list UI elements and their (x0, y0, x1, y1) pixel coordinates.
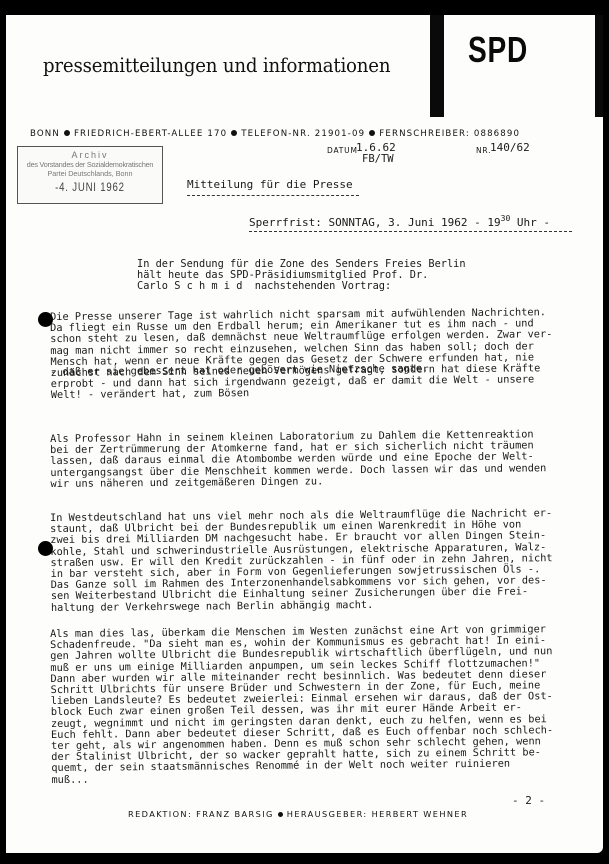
stamp-line-1: Archiv (18, 150, 162, 160)
footer-redaktion: REDAKTION: FRANZ BARSIG (128, 809, 274, 819)
initials: FB/TW (362, 153, 394, 165)
footer-herausgeber: HERAUSGEBER: HERBERT WEHNER (287, 809, 468, 819)
stamp-date: -4. JUNI 1962 (32, 180, 147, 194)
page-number: - 2 - (512, 794, 545, 807)
footer: REDAKTION: FRANZ BARSIGHERAUSGEBER: HERB… (128, 809, 468, 819)
address-street: FRIEDRICH-EBERT-ALLEE 170 (74, 129, 227, 139)
intro-paragraph: In der Sendung für die Zone des Senders … (137, 259, 466, 293)
archive-stamp: Archiv des Vorstandes der Sozialdemokrat… (17, 146, 163, 204)
sperrfrist-suffix: Uhr - (510, 216, 550, 229)
masthead-title: pressemitteilungen und informationen (43, 54, 390, 77)
stamp-line-3: Partei Deutschlands, Bonn (18, 169, 162, 178)
bullet-icon (278, 812, 283, 817)
datum-label: DATUM (327, 146, 358, 155)
address-line: BONNFRIEDRICH-EBERT-ALLEE 170TELEFON-NR.… (30, 129, 600, 139)
sperrfrist: Sperrfrist: SONNTAG, 3. Juni 1962 - 1930… (249, 214, 550, 229)
address-city: BONN (30, 129, 60, 139)
bullet-icon (64, 130, 70, 136)
stamp-line-2: des Vorstandes der Sozialdemokratischen (18, 160, 162, 169)
masthead-bar (430, 15, 444, 117)
sperrfrist-underline (249, 231, 572, 232)
punch-hole-icon (38, 312, 53, 327)
body-paragraph: Die Presse unserer Tage ist wahrlich nic… (50, 307, 603, 402)
punch-hole-icon (38, 541, 53, 556)
bullet-icon (369, 130, 375, 136)
body-paragraph: Als man dies las, überkam die Menschen i… (50, 624, 603, 786)
address-phone: TELEFON-NR. 21901-09 (241, 129, 365, 139)
press-release-page: pressemitteilungen und informationen SPD… (6, 15, 603, 853)
sperrfrist-minutes: 30 (501, 214, 511, 223)
body-paragraph: In Westdeutschland hat uns viel mehr noc… (50, 508, 603, 614)
sperrfrist-text: Sperrfrist: SONNTAG, 3. Juni 1962 - 19 (249, 216, 501, 229)
body-paragraph: Als Professor Hahn in seinem kleinen Lab… (50, 429, 603, 490)
mitteilung-heading: Mitteilung für die Presse (187, 178, 353, 191)
address-telex: FERNSCHREIBER: 0886890 (379, 129, 520, 139)
heading-underline (187, 195, 359, 196)
masthead-frame-right (595, 15, 603, 117)
nr-value: 140/62 (490, 141, 530, 154)
spd-logo: SPD (468, 29, 528, 71)
bullet-icon (231, 130, 237, 136)
